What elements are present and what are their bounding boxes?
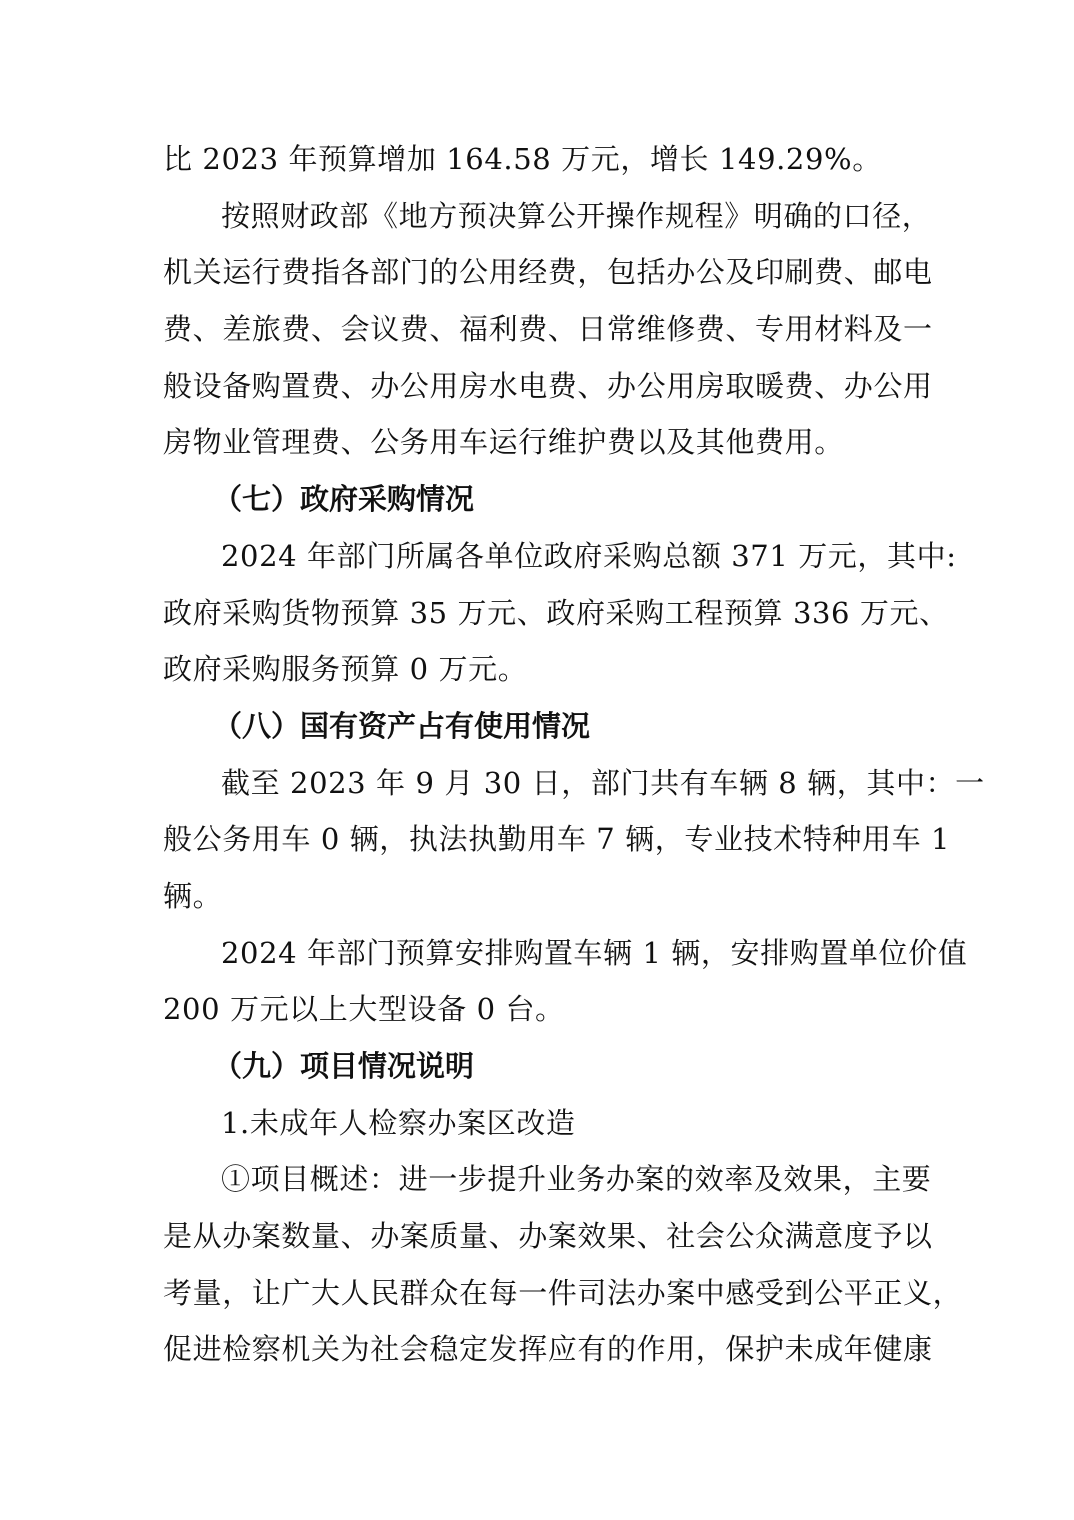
- paragraph-line: ①项目概述：进一步提升业务办案的效率及效果，主要: [163, 1151, 915, 1208]
- paragraph-line: 机关运行费指各部门的公用经费，包括办公及印刷费、邮电: [163, 244, 915, 301]
- paragraph-line: 房物业管理费、公务用车运行维护费以及其他费用。: [163, 414, 915, 471]
- paragraph-line: 2024 年部门预算安排购置车辆 1 辆，安排购置单位价值: [163, 925, 915, 982]
- paragraph-line: 政府采购货物预算 35 万元、政府采购工程预算 336 万元、: [163, 585, 915, 642]
- paragraph-line: 考量，让广大人民群众在每一件司法办案中感受到公平正义，: [163, 1265, 915, 1322]
- paragraph-line: 比 2023 年预算增加 164.58 万元，增长 149.29%。: [163, 131, 915, 188]
- paragraph-line: 按照财政部《地方预决算公开操作规程》明确的口径，: [163, 188, 915, 245]
- paragraph-line: 政府采购服务预算 0 万元。: [163, 641, 915, 698]
- paragraph-line: 辆。: [163, 868, 915, 925]
- paragraph-line: 费、差旅费、会议费、福利费、日常维修费、专用材料及一: [163, 301, 915, 358]
- paragraph-line: 200 万元以上大型设备 0 台。: [163, 981, 915, 1038]
- paragraph-line: 是从办案数量、办案质量、办案效果、社会公众满意度予以: [163, 1208, 915, 1265]
- section-heading-procurement: （七）政府采购情况: [163, 471, 915, 528]
- section-heading-state-assets: （八）国有资产占有使用情况: [163, 698, 915, 755]
- paragraph-line: 般公务用车 0 辆，执法执勤用车 7 辆，专业技术特种用车 1: [163, 811, 915, 868]
- subsection-title: 1.未成年人检察办案区改造: [163, 1095, 915, 1152]
- document-page: 比 2023 年预算增加 164.58 万元，增长 149.29%。 按照财政部…: [163, 131, 915, 1378]
- paragraph-line: 促进检察机关为社会稳定发挥应有的作用，保护未成年健康: [163, 1321, 915, 1378]
- paragraph-line: 截至 2023 年 9 月 30 日，部门共有车辆 8 辆，其中：一: [163, 755, 915, 812]
- paragraph-line: 般设备购置费、办公用房水电费、办公用房取暖费、办公用: [163, 358, 915, 415]
- section-heading-projects: （九）项目情况说明: [163, 1038, 915, 1095]
- paragraph-line: 2024 年部门所属各单位政府采购总额 371 万元，其中:: [163, 528, 915, 585]
